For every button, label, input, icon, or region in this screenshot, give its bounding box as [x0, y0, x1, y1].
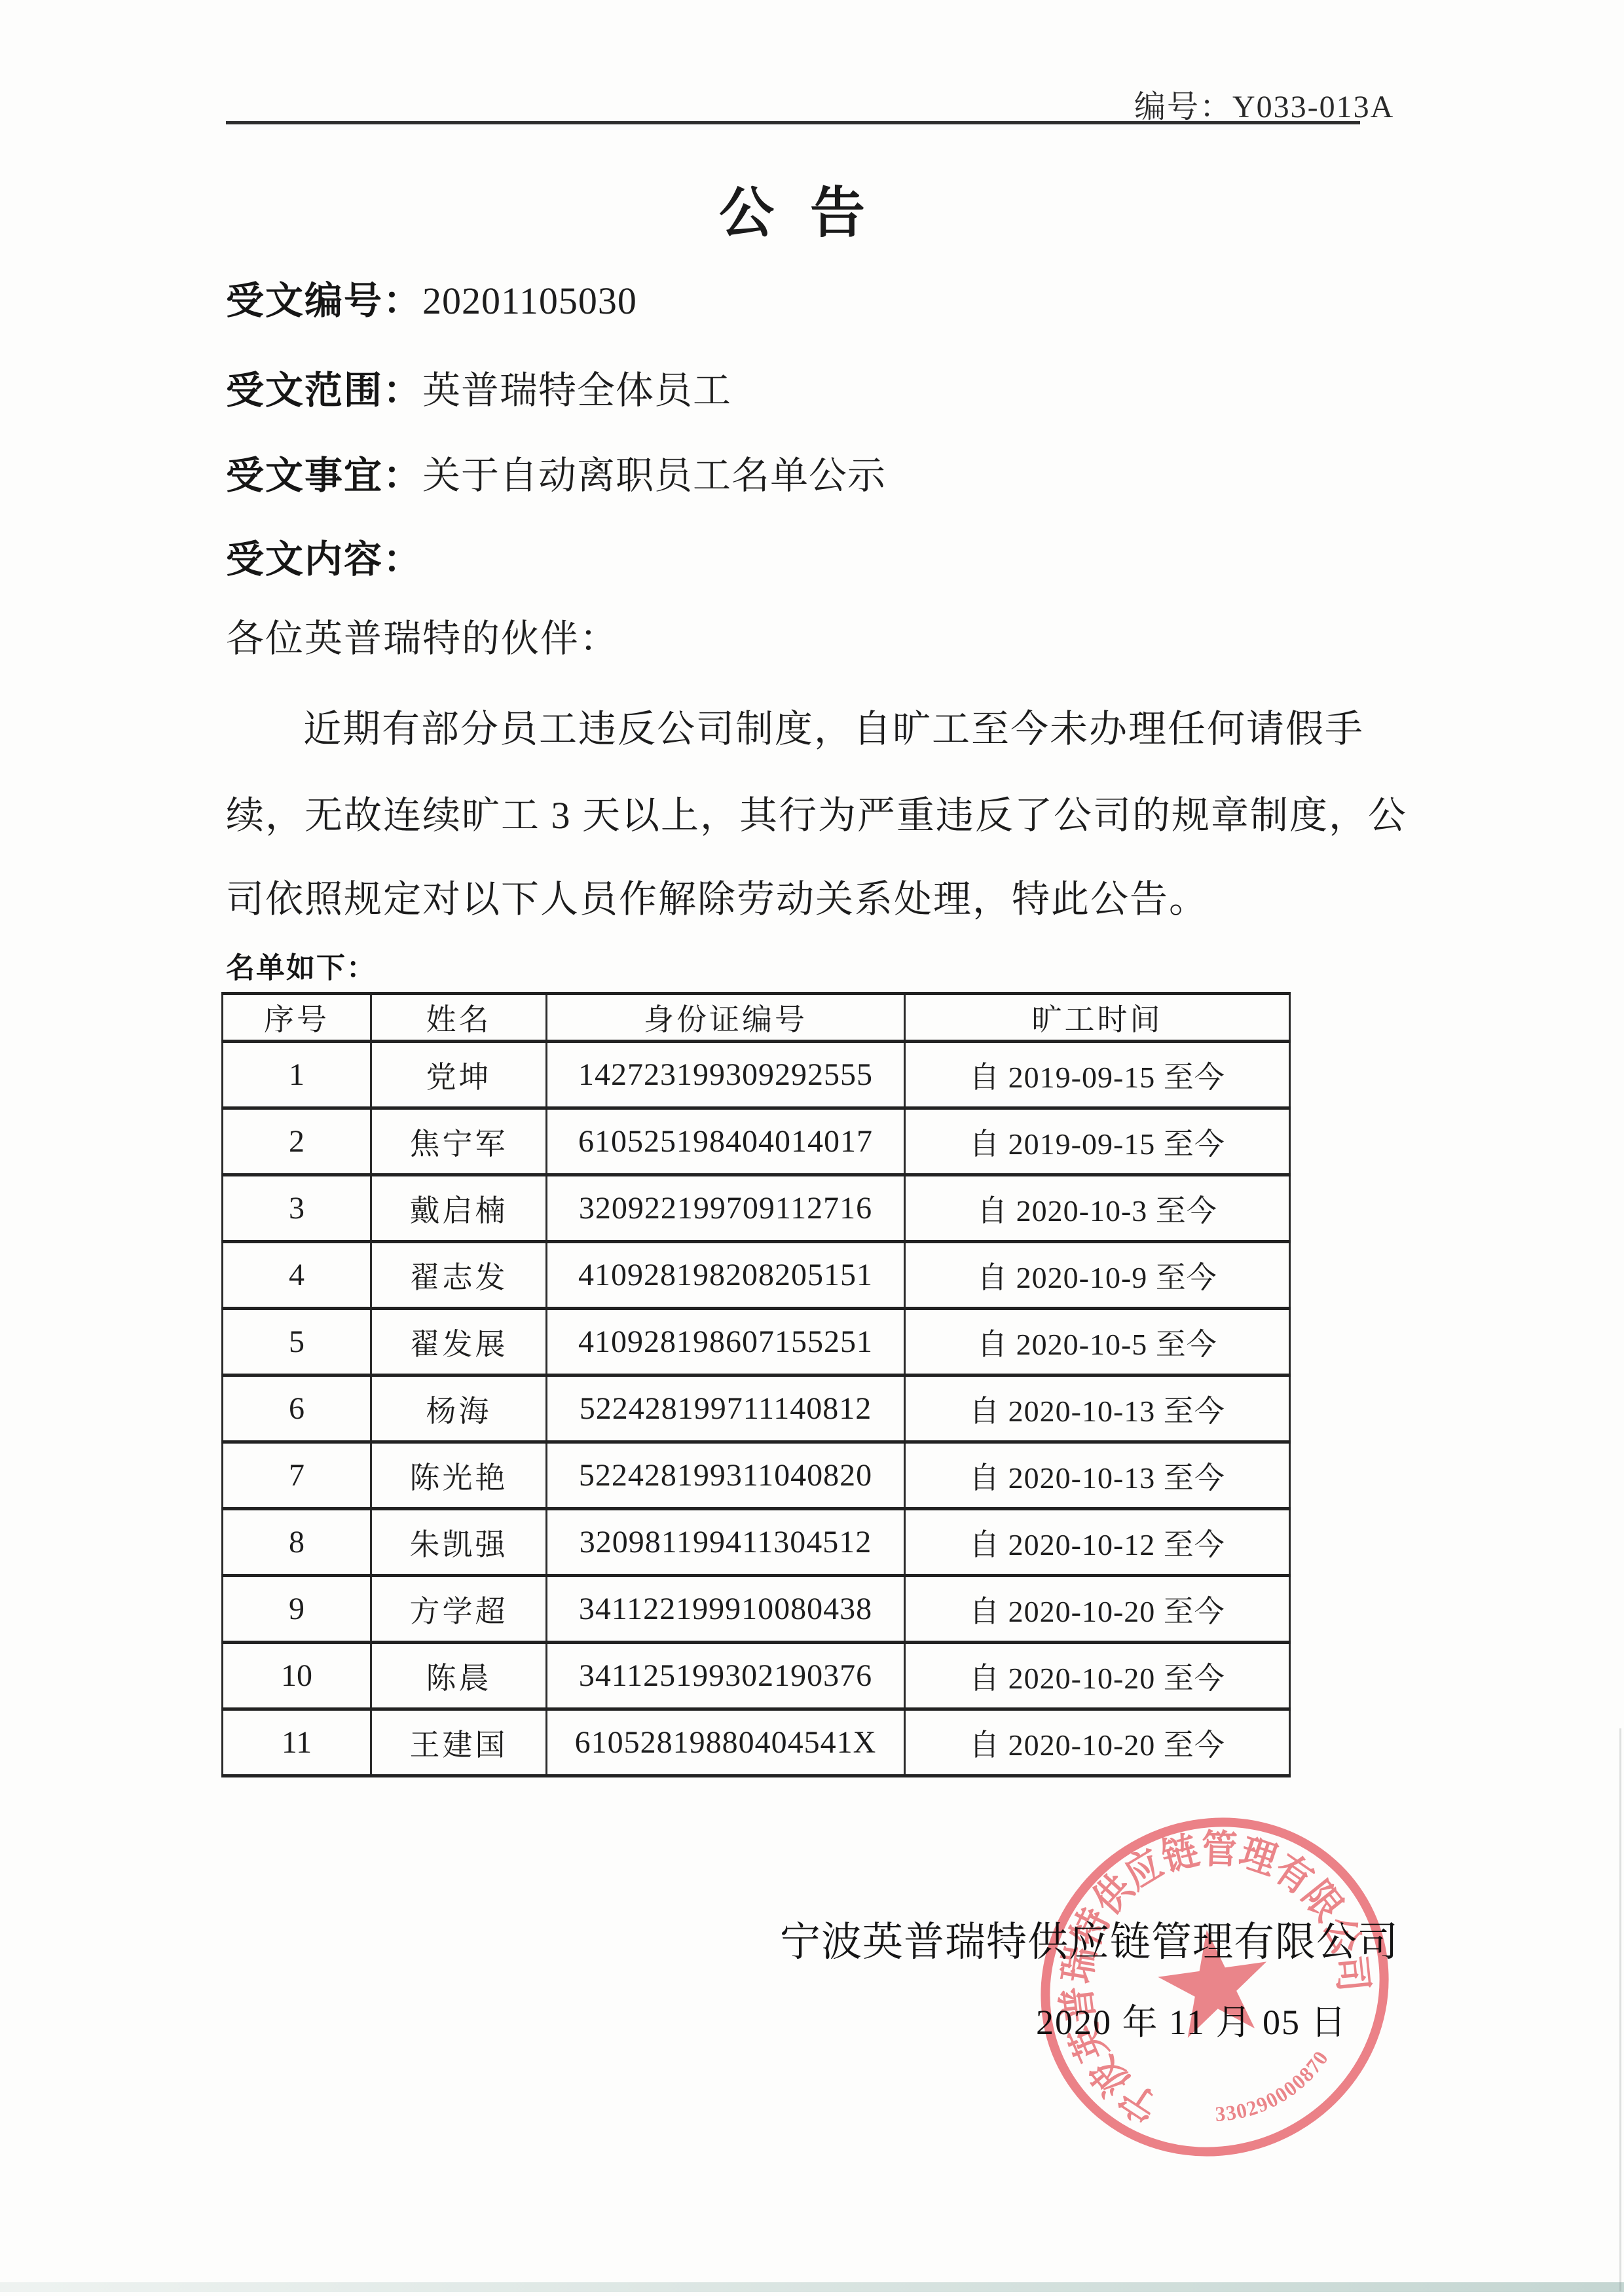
field-value: 20201105030	[422, 280, 637, 322]
cell-id-number: 522428199711140812	[547, 1376, 905, 1442]
cell-id-number: 410928198208205151	[547, 1242, 905, 1309]
cell-index: 6	[223, 1376, 371, 1442]
cell-index: 1	[223, 1042, 371, 1108]
scan-artifact-bottom-band	[0, 2282, 1624, 2292]
cell-absence-period: 自 2020-10-13 至今	[905, 1376, 1290, 1442]
cell-name: 翟志发	[371, 1242, 547, 1309]
cell-absence-period: 自 2019-09-15 至今	[905, 1042, 1290, 1108]
field-label: 受文编号：	[226, 270, 422, 325]
doc-number: 编号：Y033-013A	[1134, 81, 1394, 126]
table-row: 4 翟志发 410928198208205151 自 2020-10-9 至今	[223, 1242, 1290, 1309]
cell-name: 方学超	[371, 1576, 547, 1643]
paragraph-line: 续，无故连续旷工 3 天以上，其行为严重违反了公司的规章制度，公	[226, 784, 1407, 839]
cell-absence-period: 自 2020-10-20 至今	[905, 1709, 1290, 1776]
cell-index: 2	[223, 1108, 371, 1175]
dismissed-employees-table: 序号 姓名 身份证编号 旷工时间 1 党坤 142723199309292555…	[221, 992, 1291, 1777]
cell-index: 10	[223, 1643, 371, 1709]
cell-id-number: 142723199309292555	[547, 1042, 905, 1108]
cell-index: 8	[223, 1509, 371, 1576]
cell-index: 4	[223, 1242, 371, 1309]
cell-absence-period: 自 2020-10-3 至今	[905, 1175, 1290, 1242]
cell-absence-period: 自 2020-10-9 至今	[905, 1242, 1290, 1309]
cell-name: 陈晨	[371, 1643, 547, 1709]
announcement-page: 编号：Y033-013A 公 告 受文编号：20201105030 受文范围：英…	[0, 0, 1624, 2296]
table-row: 6 杨海 522428199711140812 自 2020-10-13 至今	[223, 1376, 1290, 1442]
cell-id-number: 522428199311040820	[547, 1442, 905, 1509]
field-label: 受文范围：	[226, 359, 422, 414]
header-rule	[226, 121, 1360, 124]
table-body: 1 党坤 142723199309292555 自 2019-09-15 至今 …	[223, 1042, 1290, 1776]
table-row: 1 党坤 142723199309292555 自 2019-09-15 至今	[223, 1042, 1290, 1108]
cell-absence-period: 自 2020-10-5 至今	[905, 1309, 1290, 1376]
table-row: 5 翟发展 410928198607155251 自 2020-10-5 至今	[223, 1309, 1290, 1376]
cell-name: 陈光艳	[371, 1442, 547, 1509]
cell-index: 3	[223, 1175, 371, 1242]
cell-name: 杨海	[371, 1376, 547, 1442]
cell-index: 11	[223, 1709, 371, 1776]
cell-name: 戴启楠	[371, 1175, 547, 1242]
paragraph-line: 近期有部分员工违反公司制度，自旷工至今未办理任何请假手	[303, 698, 1364, 753]
field-value: 关于自动离职员工名单公示	[422, 454, 886, 497]
field-row-doc-id: 受文编号：20201105030	[226, 270, 637, 316]
cell-absence-period: 自 2020-10-12 至今	[905, 1509, 1290, 1576]
cell-id-number: 410928198607155251	[547, 1309, 905, 1376]
col-header-index: 序号	[223, 994, 371, 1042]
seal-star-icon	[1153, 1922, 1276, 2041]
scan-artifact-right-streak	[1619, 1728, 1621, 2291]
cell-name: 焦宁军	[371, 1108, 547, 1175]
table-row: 2 焦宁军 610525198404014017 自 2019-09-15 至今	[223, 1108, 1290, 1175]
cell-id-number: 61052819880404541X	[547, 1709, 905, 1776]
field-row-content: 受文内容：	[226, 528, 422, 574]
table-row: 9 方学超 341122199910080438 自 2020-10-20 至今	[223, 1576, 1290, 1643]
cell-id-number: 610525198404014017	[547, 1108, 905, 1175]
cell-name: 党坤	[371, 1042, 547, 1108]
table-row: 11 王建国 61052819880404541X 自 2020-10-20 至…	[223, 1709, 1290, 1776]
cell-name: 朱凯强	[371, 1509, 547, 1576]
cell-absence-period: 自 2019-09-15 至今	[905, 1108, 1290, 1175]
cell-index: 9	[223, 1576, 371, 1643]
cell-absence-period: 自 2020-10-20 至今	[905, 1643, 1290, 1709]
page-title: 公 告	[719, 169, 876, 248]
col-header-name: 姓名	[371, 994, 547, 1042]
table-header-row: 序号 姓名 身份证编号 旷工时间	[223, 994, 1290, 1042]
cell-absence-period: 自 2020-10-20 至今	[905, 1576, 1290, 1643]
table-row: 7 陈光艳 522428199311040820 自 2020-10-13 至今	[223, 1442, 1290, 1509]
cell-name: 翟发展	[371, 1309, 547, 1376]
cell-absence-period: 自 2020-10-13 至今	[905, 1442, 1290, 1509]
table-row: 10 陈晨 341125199302190376 自 2020-10-20 至今	[223, 1643, 1290, 1709]
salutation: 各位英普瑞特的伙伴：	[226, 608, 619, 663]
field-row-subject: 受文事宜：关于自动离职员工名单公示	[226, 445, 886, 490]
cell-id-number: 341122199910080438	[547, 1576, 905, 1643]
paragraph-line: 司依照规定对以下人员作解除劳动关系处理，特此公告。	[226, 868, 1208, 923]
cell-index: 7	[223, 1442, 371, 1509]
cell-id-number: 320922199709112716	[547, 1175, 905, 1242]
list-intro: 名单如下：	[226, 944, 377, 986]
cell-id-number: 341125199302190376	[547, 1643, 905, 1709]
cell-index: 5	[223, 1309, 371, 1376]
field-value: 英普瑞特全体员工	[422, 369, 731, 412]
col-header-absence-period: 旷工时间	[905, 994, 1290, 1042]
field-label: 受文事宜：	[226, 445, 422, 500]
table-row: 3 戴启楠 320922199709112716 自 2020-10-3 至今	[223, 1175, 1290, 1242]
field-label: 受文内容：	[226, 528, 422, 583]
col-header-id-number: 身份证编号	[547, 994, 905, 1042]
cell-id-number: 320981199411304512	[547, 1509, 905, 1576]
cell-name: 王建国	[371, 1709, 547, 1776]
company-seal-stamp: 宁波英普瑞特供应链管理有限公司 3302900008708	[1018, 1791, 1411, 2183]
field-row-scope: 受文范围：英普瑞特全体员工	[226, 359, 731, 405]
table-row: 8 朱凯强 320981199411304512 自 2020-10-12 至今	[223, 1509, 1290, 1576]
